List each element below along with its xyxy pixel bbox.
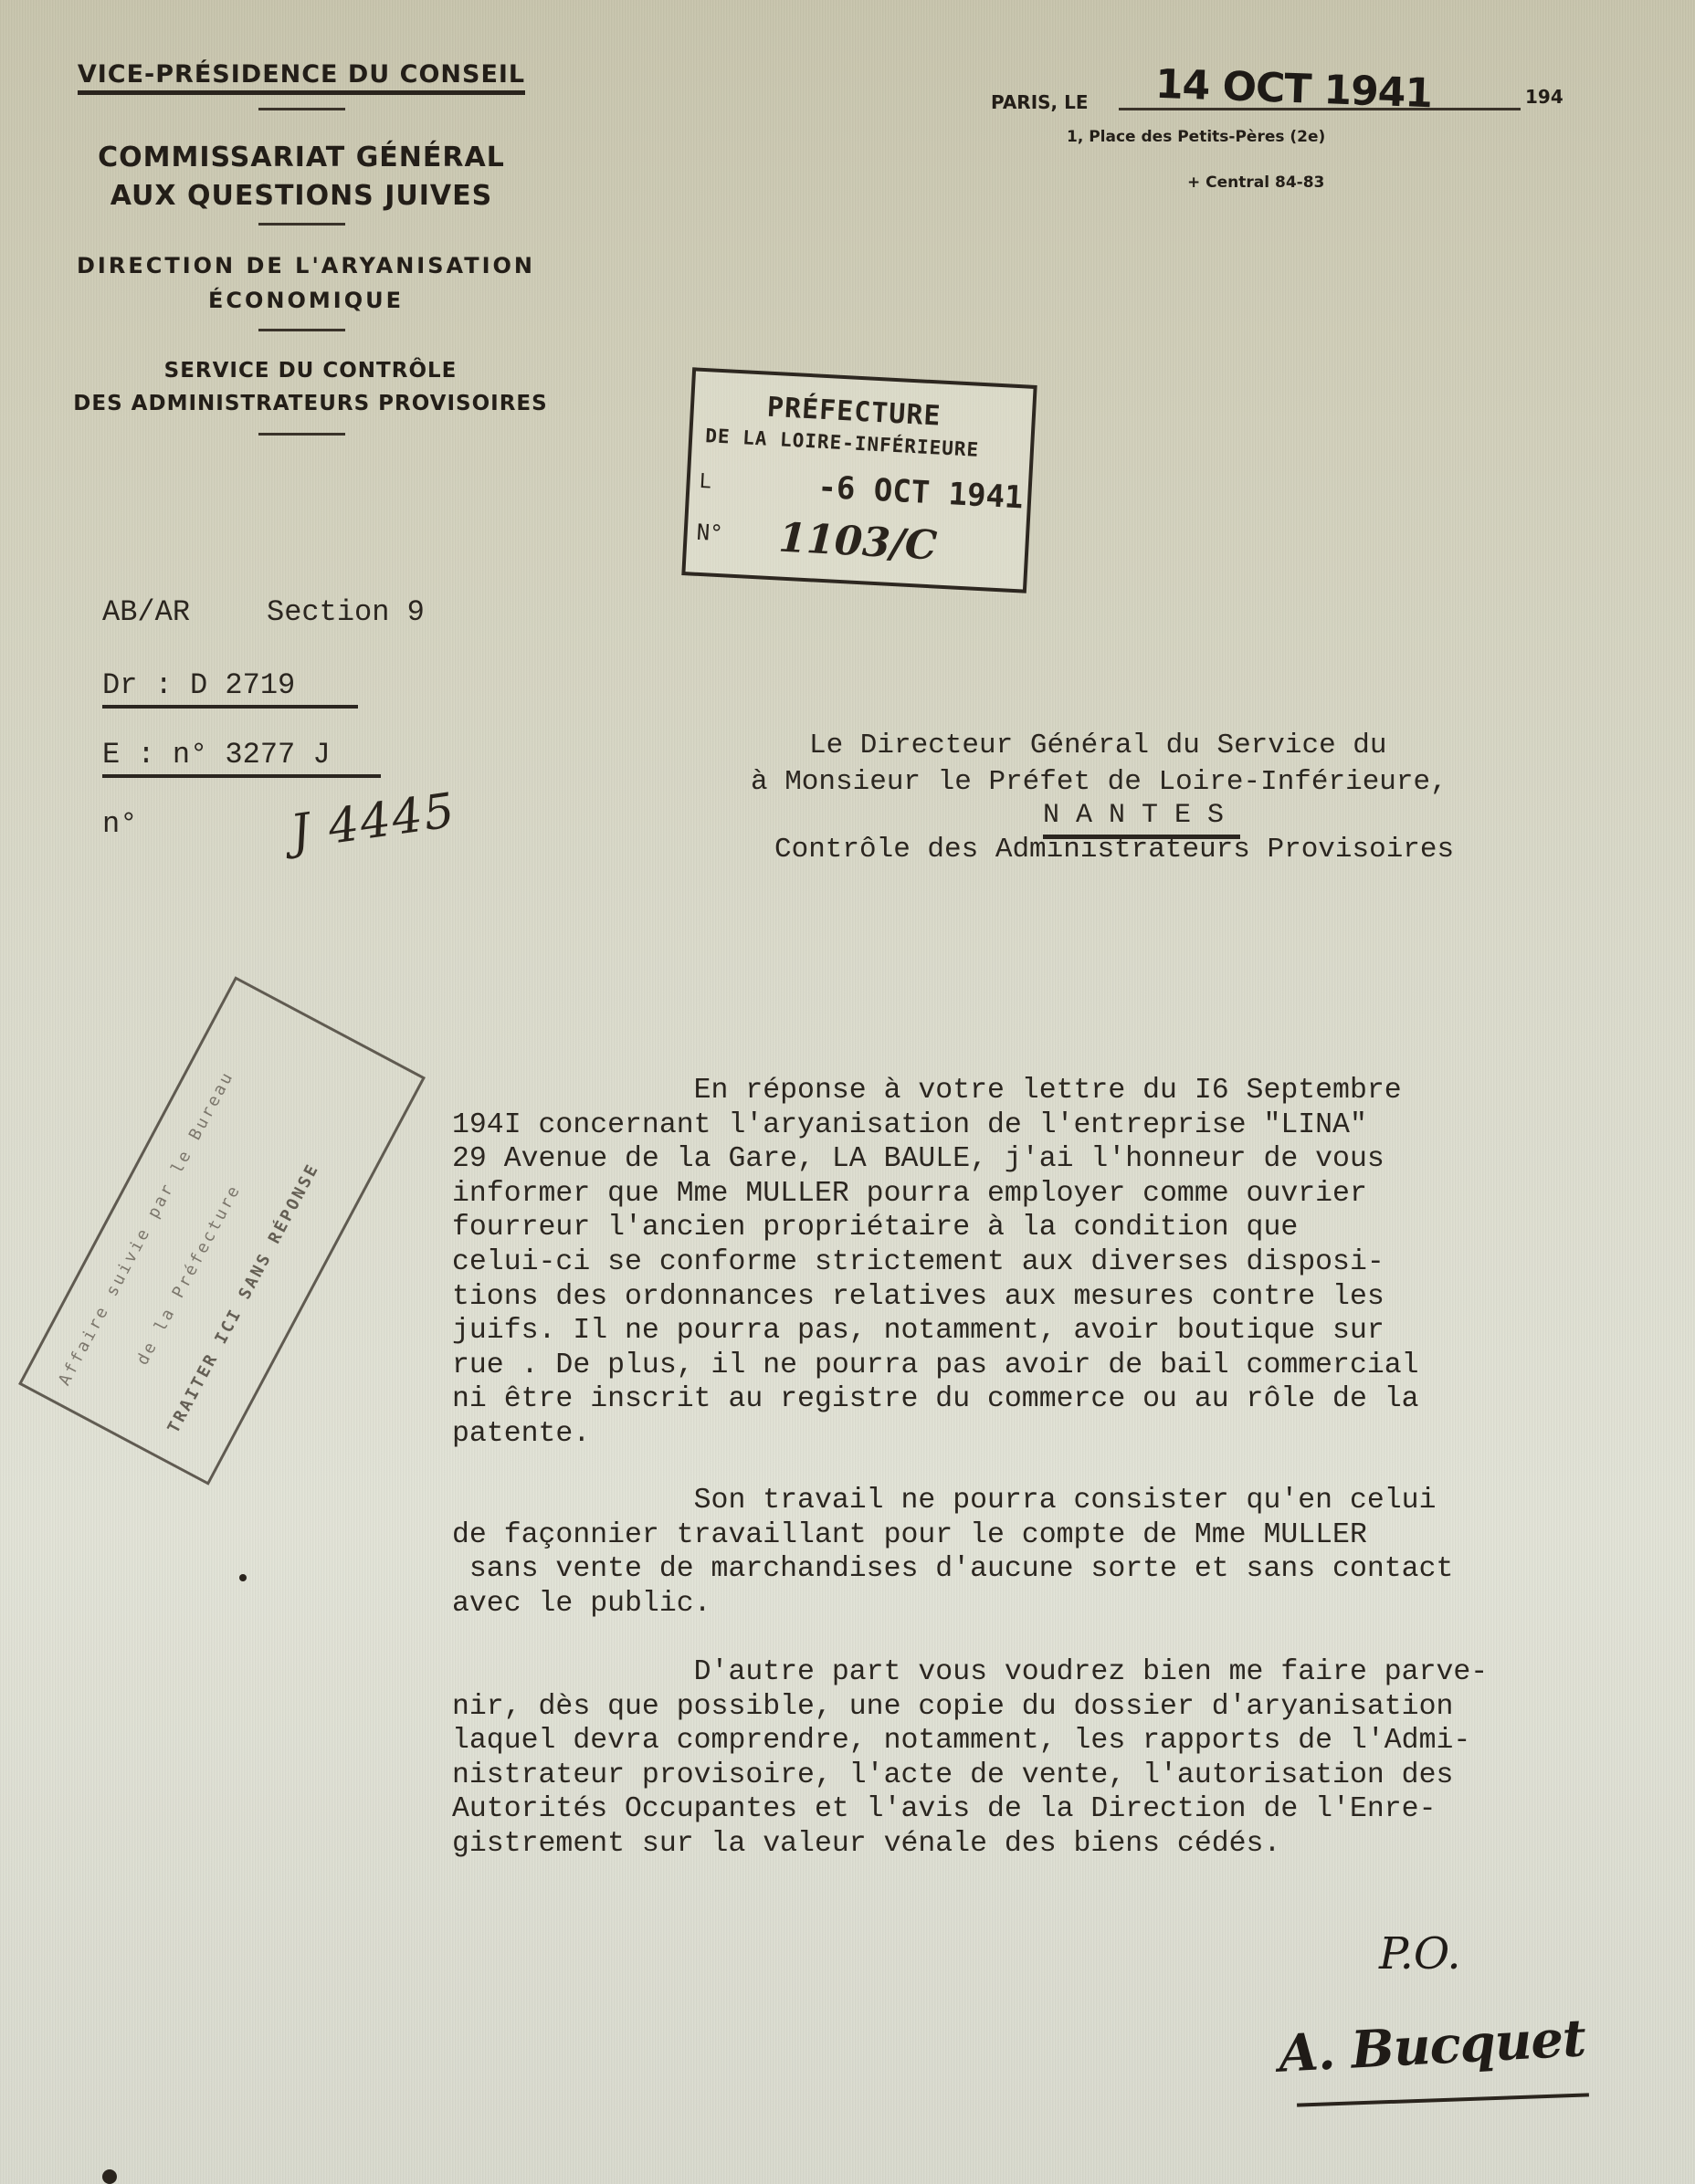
signature: A. Bucquet: [1278, 2008, 1587, 2084]
text-line: nistrateur provisoire, l'acte de vente, …: [452, 1759, 1488, 1793]
ink-speck: [239, 1574, 247, 1581]
paragraph-3: D'autre part vous voudrez bien me faire …: [452, 1655, 1488, 1862]
signature-underline: [1297, 2093, 1589, 2106]
text-line: sans vente de marchandises d'aucune sort…: [452, 1552, 1453, 1587]
paragraph-1: En réponse à votre lettre du I6 Septembr…: [452, 1074, 1419, 1452]
letterhead-ministry: VICE-PRÉSIDENCE DU CONSEIL: [27, 60, 575, 89]
text-line: nir, dès que possible, une copie du doss…: [452, 1690, 1488, 1725]
year-suffix: 194: [1525, 86, 1563, 108]
text-line: En réponse à votre lettre du I6 Septembr…: [452, 1074, 1419, 1108]
paragraph-2: Son travail ne pourra consister qu'en ce…: [452, 1484, 1453, 1621]
direction-line-2: ÉCONOMIQUE: [27, 283, 584, 318]
stamp-number: 1103/C: [777, 514, 938, 569]
ref-dr: Dr : D 2719: [102, 668, 358, 709]
recipient-line: à Monsieur le Préfet de Loire-Inférieure…: [751, 765, 1448, 800]
stamp-prefix: L: [699, 470, 712, 494]
direction-line-1: DIRECTION DE L'ARYANISATION: [27, 248, 584, 283]
text-line: Autorités Occupantes et l'avis de la Dir…: [452, 1792, 1488, 1827]
side-stamp: Affaire suivie par le Bureau de la Préfe…: [18, 976, 426, 1486]
commissariat-line-1: COMMISSARIAT GÉNÉRAL: [37, 139, 566, 177]
letterhead-service: SERVICE DU CONTRÔLE DES ADMINISTRATEURS …: [37, 354, 584, 420]
service-line-2: DES ADMINISTRATEURS PROVISOIRES: [37, 387, 584, 420]
text-line: informer que Mme MULLER pourra employer …: [452, 1177, 1419, 1212]
stamp-date: -6 OCT 1941: [816, 469, 1024, 517]
per-order-mark: P.O.: [1379, 1928, 1461, 1979]
ref-e: E : n° 3277 J: [102, 738, 381, 778]
address: 1, Place des Petits-Pères (2e): [1067, 128, 1325, 146]
phone: + Central 84-83: [1187, 173, 1324, 192]
stamp-title: PRÉFECTURE: [766, 392, 942, 433]
commissariat-line-2: AUX QUESTIONS JUIVES: [37, 177, 566, 215]
ref-handwritten-number: J 4445: [288, 783, 459, 861]
text-line: fourreur l'ancien propriétaire à la cond…: [452, 1211, 1419, 1245]
place-label: PARIS, LE: [991, 91, 1089, 113]
text-line: avec le public.: [452, 1587, 1453, 1622]
service-line-1: SERVICE DU CONTRÔLE: [37, 354, 584, 387]
divider: [258, 433, 345, 436]
letterhead-commissariat: COMMISSARIAT GÉNÉRAL AUX QUESTIONS JUIVE…: [37, 139, 566, 215]
text-line: tions des ordonnances relatives aux mesu…: [452, 1280, 1419, 1315]
text-line: ni être inscrit au registre du commerce …: [452, 1382, 1419, 1417]
ref-n-label: n°: [102, 807, 137, 841]
text-line: celui-ci se conforme strictement aux div…: [452, 1245, 1419, 1280]
ref-section: Section 9: [267, 595, 425, 629]
text-line: rue . De plus, il ne pourra pas avoir de…: [452, 1349, 1419, 1383]
text-line: 194I concernant l'aryanisation de l'entr…: [452, 1108, 1419, 1143]
divider: [258, 108, 345, 110]
text-line: laquel devra comprendre, notamment, les …: [452, 1724, 1488, 1759]
divider: [258, 223, 345, 226]
stamp-number-label: N°: [696, 520, 723, 546]
text-line: juifs. Il ne pourra pas, notamment, avoi…: [452, 1314, 1419, 1349]
ink-speck: [102, 2169, 117, 2184]
recipient-city: NANTES: [1043, 800, 1240, 839]
sender-line-1: Le Directeur Général du Service du: [774, 729, 1454, 763]
date-handwritten: 14 OCT 1941: [1154, 61, 1433, 118]
text-line: de façonnier travaillant pour le compte …: [452, 1518, 1453, 1553]
text-line: 29 Avenue de la Gare, LA BAULE, j'ai l'h…: [452, 1142, 1419, 1177]
text-line: D'autre part vous voudrez bien me faire …: [452, 1655, 1488, 1690]
ref-initials: AB/AR: [102, 595, 190, 629]
reception-stamp: PRÉFECTURE DE LA LOIRE-INFÉRIEURE L -6 O…: [681, 367, 1037, 593]
text-line: gistrement sur la valeur vénale des bien…: [452, 1827, 1488, 1862]
text-line: Son travail ne pourra consister qu'en ce…: [452, 1484, 1453, 1518]
letterhead-direction: DIRECTION DE L'ARYANISATION ÉCONOMIQUE: [27, 248, 584, 318]
divider: [258, 329, 345, 331]
side-stamp-line-3: TRAITER ICI SANS RÉPONSE: [163, 1160, 322, 1436]
text-line: patente.: [452, 1417, 1419, 1452]
ministry-title: VICE-PRÉSIDENCE DU CONSEIL: [78, 60, 525, 95]
